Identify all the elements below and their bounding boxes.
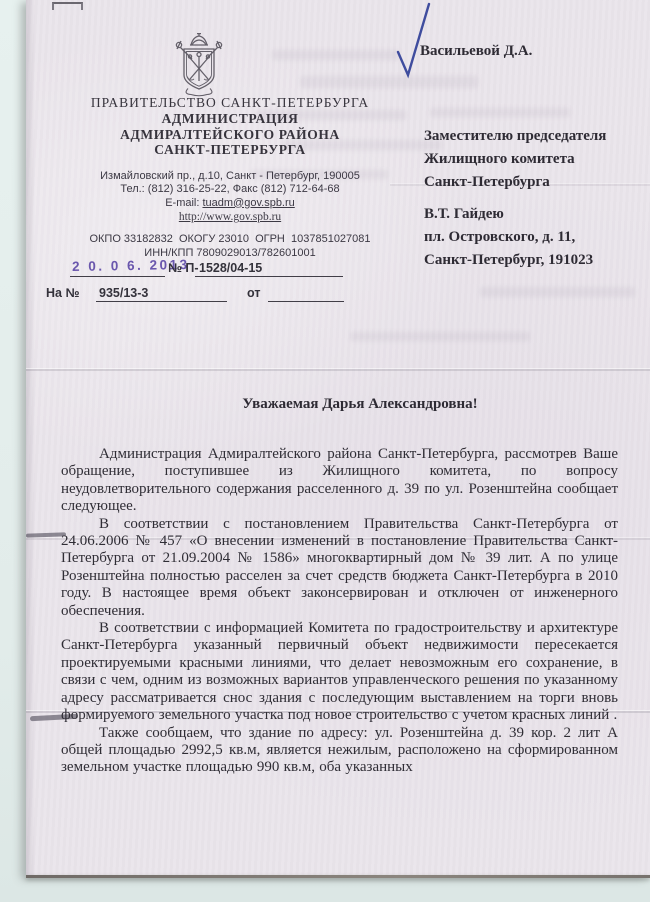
scanned-letter: ПРАВИТЕЛЬСТВО САНКТ-ПЕТЕРБУРГА АДМИНИСТР… (0, 0, 650, 902)
date-underline (70, 276, 165, 277)
org-email-line: E-mail: tuadm@gov.spb.ru (58, 197, 402, 211)
org-phone-fax: Тел.: (812) 316-25-22, Факс (812) 712-64… (58, 183, 402, 197)
paragraph-1: Администрация Адмиралтейского района Сан… (61, 446, 618, 516)
recipient-address-line2: Санкт-Петербург, 191023 (424, 249, 639, 272)
bleed-through-artifact (430, 108, 570, 117)
salutation: Уважаемая Дарья Александровна! (100, 396, 620, 413)
recipient-block: Заместителю председателя Жилищного комит… (424, 125, 639, 272)
bleed-through-artifact (480, 287, 635, 297)
fold-crease (26, 369, 650, 371)
recipient-title-line1: Заместителю председателя (424, 125, 639, 148)
org-website: http://www.gov.spb.ru (58, 210, 402, 224)
org-name-line3: САНКТ-ПЕТЕРБУРГА (58, 142, 402, 158)
bleed-through-artifact (350, 332, 530, 341)
recipient-title-line3: Санкт-Петербурга (424, 171, 639, 194)
paragraph-4: Также сообщаем, что здание по адресу: ул… (61, 725, 618, 777)
bleed-through-artifact (300, 76, 478, 88)
recipient-name: В.Т. Гайдею (424, 203, 639, 226)
incoming-number: 935/13-3 (99, 286, 148, 300)
org-postal-address: Измайловский пр., д.10, Санкт - Петербур… (58, 170, 402, 184)
org-name-line1: АДМИНИСТРАЦИЯ (58, 111, 402, 127)
outgoing-number: 1528/04-15 (199, 261, 262, 275)
assignee-name: Васильевой Д.А. (420, 43, 532, 60)
paper-bottom-edge (26, 875, 650, 878)
email-address: tuadm@gov.spb.ru (202, 197, 294, 209)
from-date-label: от (247, 286, 260, 300)
coat-of-arms-icon (168, 31, 230, 102)
letter-body: Администрация Адмиралтейского района Сан… (61, 446, 618, 777)
incoming-number-label: На № (46, 286, 79, 300)
paragraph-2: В соответствии с постановлением Правител… (61, 516, 618, 620)
number-underline (195, 276, 343, 277)
email-label: E-mail: (165, 197, 202, 209)
letterhead: ПРАВИТЕЛЬСТВО САНКТ-ПЕТЕРБУРГА АДМИНИСТР… (58, 95, 402, 260)
incoming-underline (96, 301, 227, 302)
paper-left-shadow (26, 0, 35, 877)
outgoing-number-label: № П- (168, 261, 199, 275)
org-codes-line1: ОКПО 33182832 ОКОГУ 23010 ОГРН 103785102… (58, 233, 402, 247)
recipient-title-line2: Жилищного комитета (424, 148, 639, 171)
org-name-line2: АДМИРАЛТЕЙСКОГО РАЙОНА (58, 127, 402, 143)
bleed-through-artifact (272, 50, 400, 60)
paragraph-3: В соответствии с информацией Комитета по… (61, 620, 618, 724)
recipient-address-line1: пл. Островского, д. 11, (424, 226, 639, 249)
staple-mark (52, 2, 83, 10)
government-line: ПРАВИТЕЛЬСТВО САНКТ-ПЕТЕРБУРГА (58, 95, 402, 111)
from-date-underline (268, 301, 344, 302)
